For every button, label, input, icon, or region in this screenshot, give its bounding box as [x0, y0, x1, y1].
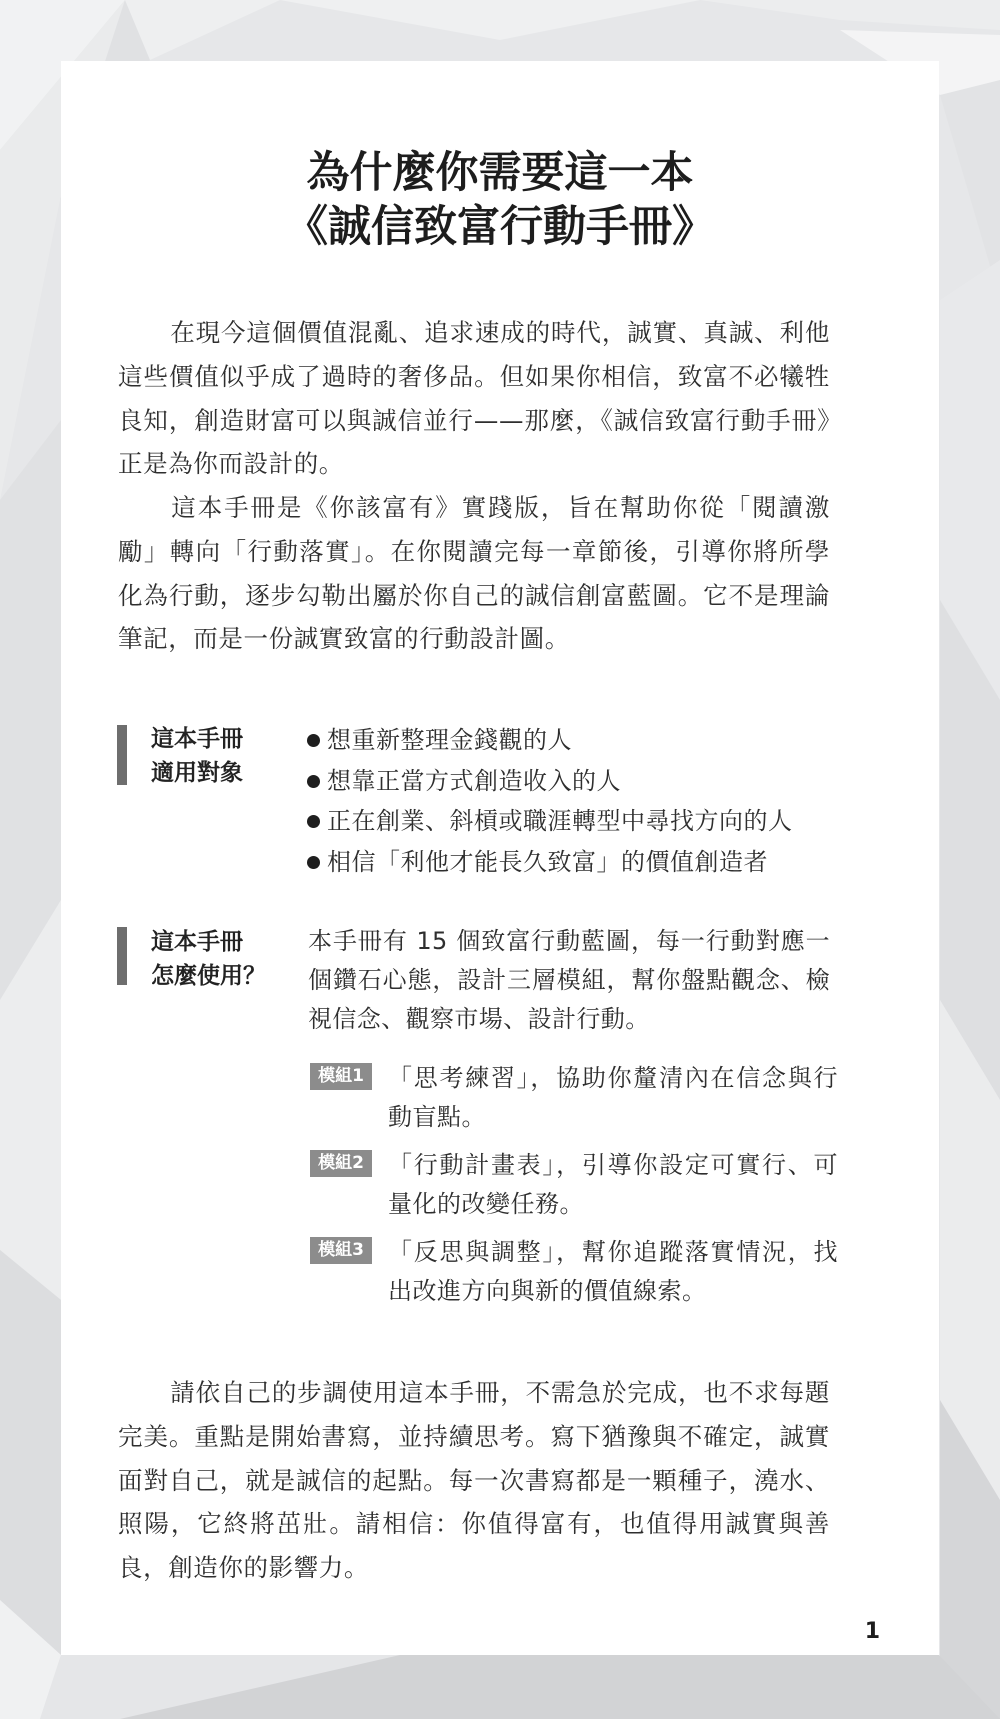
audience-label-line1: 這本手冊 — [151, 722, 291, 756]
intro-paragraph-1-text: 在現今這個價值混亂、追求速成的時代，誠實、真誠、利他這些價值似乎成了過時的奢侈品… — [118, 318, 830, 478]
module-text: 「思考練習」，協助你釐清內在信念與行動盲點。 — [388, 1059, 838, 1136]
audience-list-item: 正在創業、斜槓或職涯轉型中尋找方向的人 — [306, 801, 793, 842]
audience-list-item: 想靠正當方式創造收入的人 — [306, 761, 793, 802]
audience-item-text: 想靠正當方式創造收入的人 — [327, 767, 621, 795]
intro-paragraph-2: 這本手冊是《你該富有》實踐版，旨在幫助你從「閱讀激勵」轉向「行動落實」。在你閱讀… — [118, 486, 830, 661]
bullet-icon — [307, 734, 320, 747]
module-badge: 模組1 — [310, 1063, 372, 1090]
audience-section-label: 這本手冊 適用對象 — [151, 722, 291, 790]
audience-item-text: 想重新整理金錢觀的人 — [327, 726, 572, 754]
usage-section-label: 這本手冊 怎麼使用？ — [151, 925, 291, 993]
intro-paragraph-1: 在現今這個價值混亂、追求速成的時代，誠實、真誠、利他這些價值似乎成了過時的奢侈品… — [118, 311, 830, 486]
audience-section-bar — [117, 725, 127, 785]
page-title-line2: 《誠信致富行動手冊》 — [61, 200, 939, 254]
usage-label-line2: 怎麼使用？ — [151, 959, 291, 993]
intro-paragraph-2-text: 這本手冊是《你該富有》實踐版，旨在幫助你從「閱讀激勵」轉向「行動落實」。在你閱讀… — [118, 493, 830, 653]
usage-description: 本手冊有 15 個致富行動藍圖，每一行動對應一個鑽石心態，設計三層模組，幫你盤點… — [308, 922, 830, 1039]
page-title-line1: 為什麼你需要這一本 — [61, 146, 939, 200]
usage-label-line1: 這本手冊 — [151, 925, 291, 959]
audience-list-item: 相信「利他才能長久致富」的價值創造者 — [306, 842, 793, 883]
audience-item-text: 相信「利他才能長久致富」的價值創造者 — [327, 848, 768, 876]
module-badge: 模組2 — [310, 1150, 372, 1177]
audience-list: 想重新整理金錢觀的人 想靠正當方式創造收入的人 正在創業、斜槓或職涯轉型中尋找方… — [306, 720, 793, 883]
page-number: 1 — [865, 1619, 880, 1644]
usage-section-bar — [117, 927, 127, 985]
bullet-icon — [307, 775, 320, 788]
audience-list-item: 想重新整理金錢觀的人 — [306, 720, 793, 761]
closing-paragraph: 請依自己的步調使用這本手冊，不需急於完成，也不求每題完美。重點是開始書寫，並持續… — [118, 1371, 830, 1590]
audience-label-line2: 適用對象 — [151, 756, 291, 790]
audience-item-text: 正在創業、斜槓或職涯轉型中尋找方向的人 — [327, 807, 793, 835]
module-text: 「行動計畫表」，引導你設定可實行、可量化的改變任務。 — [388, 1146, 838, 1223]
page-card: 為什麼你需要這一本 《誠信致富行動手冊》 在現今這個價值混亂、追求速成的時代，誠… — [61, 61, 939, 1655]
closing-paragraph-text: 請依自己的步調使用這本手冊，不需急於完成，也不求每題完美。重點是開始書寫，並持續… — [118, 1378, 830, 1582]
bullet-icon — [307, 815, 320, 828]
module-text: 「反思與調整」，幫你追蹤落實情況，找出改進方向與新的價值線索。 — [388, 1233, 838, 1310]
module-badge: 模組3 — [310, 1237, 372, 1264]
bullet-icon — [307, 856, 320, 869]
